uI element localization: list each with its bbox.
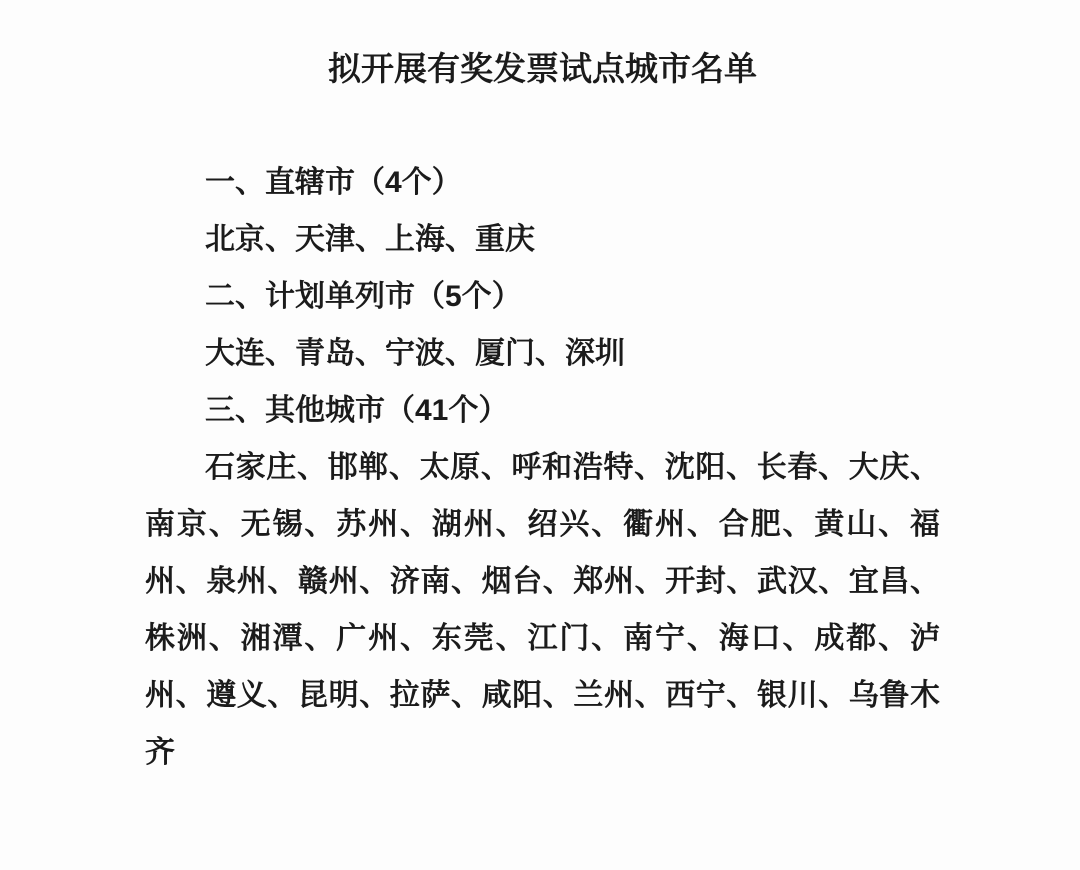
city-list-other-cities: 石家庄、邯郸、太原、呼和浩特、沈阳、长春、大庆、南京、无锡、苏州、湖州、绍兴、衢… bbox=[145, 439, 940, 781]
document-page: 拟开展有奖发票试点城市名单 一、直辖市（4个） 北京、天津、上海、重庆 二、计划… bbox=[0, 0, 1080, 870]
section-heading-planned-cities: 二、计划单列市（5个） bbox=[145, 268, 940, 325]
section-other-cities: 三、其他城市（41个） 石家庄、邯郸、太原、呼和浩特、沈阳、长春、大庆、南京、无… bbox=[145, 382, 940, 781]
section-planned-cities: 二、计划单列市（5个） 大连、青岛、宁波、厦门、深圳 bbox=[145, 268, 940, 382]
section-heading-municipalities: 一、直辖市（4个） bbox=[145, 154, 940, 211]
document-title: 拟开展有奖发票试点城市名单 bbox=[145, 40, 940, 97]
section-heading-other-cities: 三、其他城市（41个） bbox=[145, 382, 940, 439]
section-municipalities: 一、直辖市（4个） 北京、天津、上海、重庆 bbox=[145, 154, 940, 268]
city-list-municipalities: 北京、天津、上海、重庆 bbox=[145, 211, 940, 268]
city-list-planned-cities: 大连、青岛、宁波、厦门、深圳 bbox=[145, 325, 940, 382]
